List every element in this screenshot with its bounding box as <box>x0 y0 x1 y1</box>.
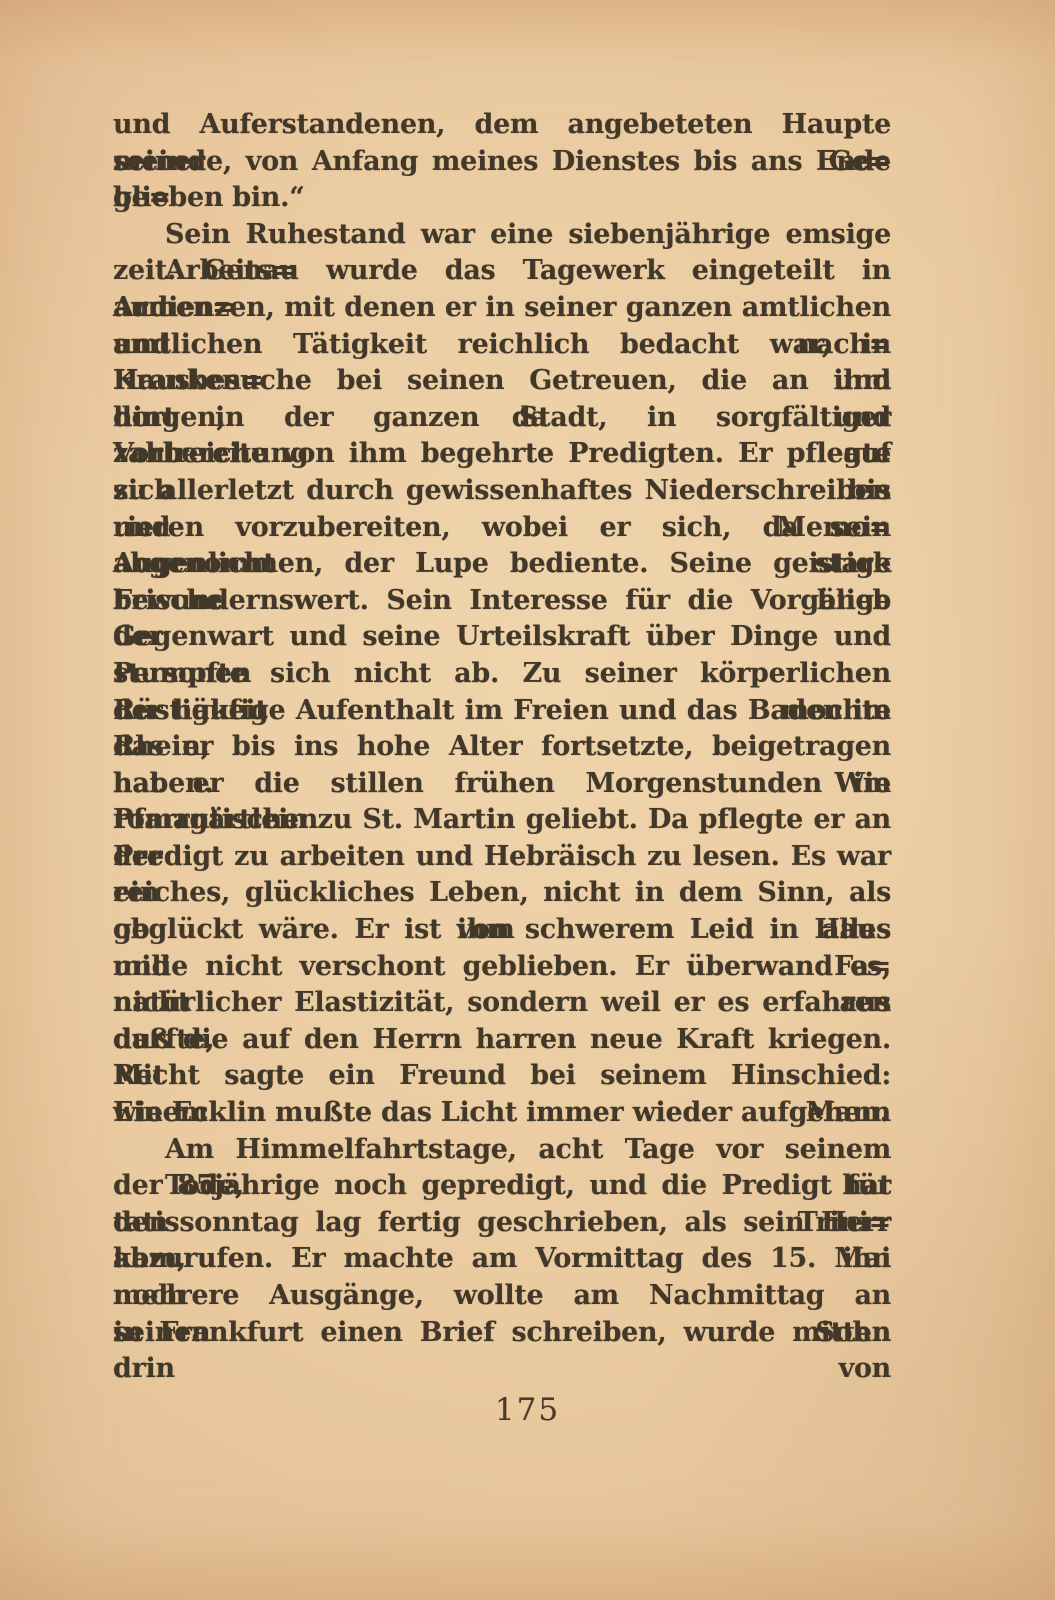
text-line: der 85jährige noch gepredigt, und die Pr… <box>113 1168 891 1205</box>
text-line: Gegenwart und seine Urteilskraft über Di… <box>113 619 891 656</box>
text-line: daß die auf den Herrn harren neue Kraft … <box>113 1022 891 1059</box>
text-line: natürlicher Elastizität, sondern weil er… <box>113 985 891 1022</box>
text-line: amtlichen Tätigkeit reichlich bedacht wa… <box>113 327 891 364</box>
text-line: bewundernswert. Sein Interesse für die V… <box>113 583 891 620</box>
text-line: Am Himmelfahrtstage, acht Tage vor seine… <box>165 1132 891 1169</box>
text-line: rieren vorzubereiten, wobei er sich, da … <box>113 510 891 547</box>
text-line: zeit. Genau wurde das Tagewerk eingeteil… <box>113 253 891 290</box>
text-line: meinde, von Anfang meines Dienstes bis a… <box>113 144 891 181</box>
text-line: abzurufen. Er machte am Vormittag des 15… <box>113 1241 891 1278</box>
text-line: in Frankfurt einen Brief schreiben, wurd… <box>113 1315 891 1352</box>
text-line: dort in der ganzen Stadt, in sorgfältige… <box>113 400 891 437</box>
body-text-block: und Auferstandenen, dem angebeteten Haup… <box>113 107 891 1351</box>
text-line: zu allerletzt durch gewissenhaftes Niede… <box>113 473 891 510</box>
scanned-book-page: und Auferstandenen, dem angebeteten Haup… <box>0 0 1055 1600</box>
text-line: abgenommen, der Lupe bediente. Seine gei… <box>113 546 891 583</box>
text-line: wie Ecklin mußte das Licht immer wieder … <box>113 1095 891 1132</box>
text-line: stumpfte sich nicht ab. Zu seiner körper… <box>113 656 891 693</box>
text-line: das er bis ins hohe Alter fortsetzte, be… <box>113 729 891 766</box>
text-line: Sein Ruhestand war eine siebenjährige em… <box>165 217 891 254</box>
text-line: Pfarrgärtlein zu St. Martin geliebt. Da … <box>113 802 891 839</box>
text-line: tatissonntag lag fertig geschrieben, als… <box>113 1205 891 1242</box>
text-line: mehrere Ausgänge, wollte am Nachmittag a… <box>113 1278 891 1315</box>
text-line: Predigt zu arbeiten und Hebräisch zu les… <box>113 839 891 876</box>
text-line: geglückt wäre. Er ist von schwerem Leid … <box>113 912 891 949</box>
page-number: 175 <box>0 1392 1055 1428</box>
text-line: milie nicht verschont geblieben. Er über… <box>113 949 891 986</box>
text-line: der häufige Aufenthalt im Freien und das… <box>113 693 891 730</box>
text-line: zahlreiche von ihm begehrte Predigten. E… <box>113 436 891 473</box>
text-line: blieben bin.“ <box>113 180 891 217</box>
text-line: hat er die stillen frühen Morgenstunden … <box>113 766 891 803</box>
text-line: Recht sagte ein Freund bei seinem Hinsch… <box>113 1058 891 1095</box>
text-line: Hausbesuche bei seinen Getreuen, die an … <box>113 363 891 400</box>
text-line: und Auferstandenen, dem angebeteten Haup… <box>113 107 891 144</box>
text-line: audienzen, mit denen er in seiner ganzen… <box>113 290 891 327</box>
text-line: reiches, glückliches Leben, nicht in dem… <box>113 875 891 912</box>
